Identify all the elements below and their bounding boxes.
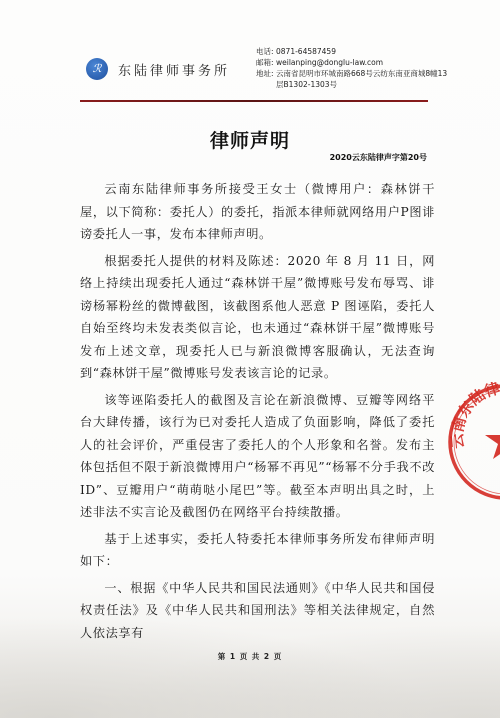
paragraph: 根据委托人提供的材料及陈述：2020 年 8 月 11 日，网络上持续出现委托人… <box>80 250 435 385</box>
letterhead: ℛ 东陆律师事务所 电话: 0871-64587459 邮箱: weilanpi… <box>80 40 470 100</box>
phone-value: 0871-64587459 <box>276 46 336 57</box>
email-row: 邮箱: weilanping@donglu-law.com <box>256 57 447 68</box>
address-value-line2: 层B1302-1303号 <box>256 79 447 90</box>
address-value-line1: 云南省昆明市环城南路668号云纺东南亚商城8幢13 <box>276 68 447 79</box>
contact-block: 电话: 0871-64587459 邮箱: weilanping@donglu-… <box>256 46 447 90</box>
firm-name: 东陆律师事务所 <box>118 60 230 79</box>
phone-row: 电话: 0871-64587459 <box>256 46 447 57</box>
document-page: ℛ 东陆律师事务所 电话: 0871-64587459 邮箱: weilanpi… <box>0 0 500 718</box>
paragraph: 基于上述事实，委托人特委托本律师事务所发布律师声明如下： <box>80 528 435 573</box>
page-footer: 第 1 页 共 2 页 <box>0 651 500 662</box>
document-title: 律师声明 <box>0 126 500 153</box>
paragraph: 该等诬陷委托人的截图及言论在新浪微博、豆瓣等网络平台大肆传播，该行为已对委托人造… <box>80 389 435 524</box>
document-body: 云南东陆律师事务所接受王女士（微博用户：森林饼干屋，以下简称：委托人）的委托，指… <box>80 178 435 648</box>
document-number: 2020云东陆律声字第20号 <box>330 152 427 163</box>
paragraph: 一、根据《中华人民共和国民法通则》《中华人民共和国侵权责任法》及《中华人民共和国… <box>80 577 435 645</box>
email-label: 邮箱: <box>256 57 276 68</box>
address-row: 地址: 云南省昆明市环城南路668号云纺东南亚商城8幢13 <box>256 68 447 79</box>
firm-logo-icon: ℛ <box>86 58 108 80</box>
address-label: 地址: <box>256 68 276 79</box>
paragraph: 云南东陆律师事务所接受王女士（微博用户：森林饼干屋，以下简称：委托人）的委托，指… <box>80 178 435 246</box>
seal-text: 云南东陆律师事务所 <box>448 382 500 449</box>
official-seal-icon: 云南东陆律师事务所 <box>446 382 500 502</box>
phone-label: 电话: <box>256 46 276 57</box>
email-value: weilanping@donglu-law.com <box>276 57 383 68</box>
svg-text:云南东陆律师事务所: 云南东陆律师事务所 <box>448 382 500 449</box>
header-divider <box>80 100 428 102</box>
